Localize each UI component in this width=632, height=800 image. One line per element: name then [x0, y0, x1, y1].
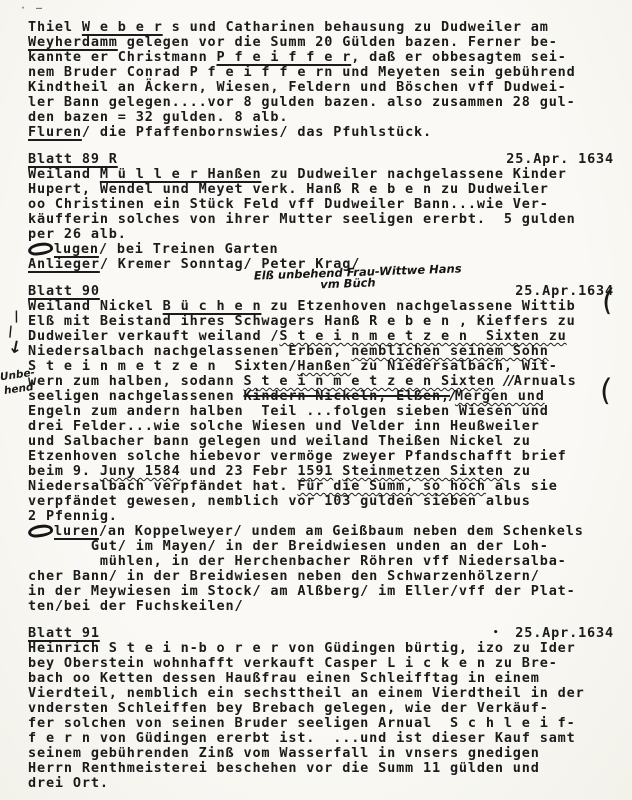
- typed-text: Arnuals: [514, 373, 577, 389]
- typed-text: wern zum halben, sodann: [28, 373, 243, 389]
- typed-text: und 23 Febr: [181, 463, 298, 479]
- text-line: luren/an Koppelweyer/ undem am Geißbaum …: [28, 524, 614, 539]
- text-line: Dudweiler verkauft weiland /S t e i n m …: [28, 329, 614, 344]
- entry-header: Blatt 90Elß unbehend Frau-Wittwe Hansvm …: [28, 284, 614, 299]
- text-line: Gut/ im Mayen/ in der Breidwiesen unden …: [28, 539, 614, 554]
- typed-text: Weiland: [28, 166, 100, 182]
- text-line: fer solchen von seinen Bruder seeligen A…: [28, 716, 614, 731]
- typed-text: zu: [504, 463, 531, 479]
- struck-text: Kindern Nickeln, Elßen,: [243, 388, 450, 404]
- text-line: per 26 alb.: [28, 227, 614, 242]
- scanned-page: · – Thiel W e b e r s und Catharinen beh…: [0, 0, 632, 800]
- text-line: seinem gebührenden Zinß vom Wasserfall i…: [28, 746, 614, 761]
- underlined-text: P f e i f f e r: [217, 49, 352, 65]
- typed-text: 2 Pfennig.: [28, 508, 118, 524]
- typed-text: den bazen = 32 gulden. 8 alb.: [28, 109, 288, 125]
- text-line: ler Bann gelegen....vor 8 gulden bazen. …: [28, 95, 614, 110]
- text-line: und Salbacher bann gelegen und weiland T…: [28, 434, 614, 449]
- pen-underlined-text: Steinmetzen Sixten: [342, 463, 504, 479]
- typed-text: gelegen vor die Summ 20 Gülden bazen. Fe…: [118, 34, 558, 50]
- typed-text: / bei Treinen Garten: [99, 241, 279, 257]
- typed-text: Thiel: [28, 19, 82, 35]
- entry-date: 25.Apr. 1634: [506, 151, 614, 167]
- text-line: kannte er Christmann P f e i f f e r, da…: [28, 50, 614, 65]
- typed-text: Weiland Nickel: [28, 298, 163, 314]
- typed-text: , daß er obbesagtem sei-: [351, 49, 566, 65]
- text-line: seeligen nachgelassenen Kindern Nickeln,…: [28, 389, 614, 404]
- pen-underlined-text: S t e i n m e t z e n Sixten: [243, 373, 494, 389]
- typed-text: käufferin solches von ihrer Mutter seeli…: [28, 211, 576, 227]
- text-line: Etzenhoven solche hiebevor vermöge zweye…: [28, 449, 614, 464]
- typed-text: seeligen nachgelassenen: [28, 388, 243, 404]
- handwritten-paren: (: [599, 376, 613, 407]
- entry-header: Blatt 91•25.Apr.1634: [28, 626, 614, 641]
- text-line: Heinrich S t e i n-b o r e r von Güdinge…: [28, 641, 614, 656]
- pen-underlined-text: nemblichen seinem Sohn: [351, 343, 549, 359]
- typed-text: / die Pfaffenbornswies/ das Pfuhlstück.: [82, 124, 432, 140]
- handwritten-scribble: [27, 242, 53, 257]
- underlined-text: M ü l l e r Hanßen: [100, 166, 262, 182]
- blatt-89r: Blatt 89 R25.Apr. 1634Weiland M ü l l e …: [28, 152, 614, 272]
- typed-text: beim 9.: [28, 463, 100, 479]
- text-line: verpfändet gewesen, nemblich vor 103 gul…: [28, 494, 614, 509]
- document-body: Thiel W e b e r s und Catharinen behausu…: [28, 20, 614, 791]
- typed-text: Hupert, Wendel und Meyet verk. Hanß R e …: [28, 181, 549, 197]
- text-line: drei Felder...wie solche Wiesen und Veld…: [28, 419, 614, 434]
- blatt-90: Blatt 90Elß unbehend Frau-Wittwe Hansvm …: [28, 284, 614, 614]
- typed-text: bach oo Ketten dessen Haußfrau einen Sch…: [28, 670, 540, 686]
- typed-text: zu Niedersalbach, Wit-: [351, 358, 558, 374]
- typed-text: und Salbacher bann gelegen und weiland T…: [28, 433, 531, 449]
- text-line: Kindtheil an Äckern, Wiesen, Feldern und…: [28, 80, 614, 95]
- typed-text: Etzenhoven solche hiebevor vermöge zweye…: [28, 448, 567, 464]
- typed-text: Kindtheil an Äckern, Wiesen, Feldern und…: [28, 79, 567, 95]
- text-line: Elß mit Beistand ihres Schwagers Hanß R …: [28, 314, 614, 329]
- typed-text: /an Koppelweyer/ undem am Geißbaum neben…: [99, 523, 584, 539]
- typed-text: Herrn Renthmeisterei beschehen vor die S…: [28, 760, 540, 776]
- corner-mark: · –: [20, 1, 44, 16]
- typed-text: S t e i n m e t z e n Sixten/: [28, 358, 297, 374]
- pen-underlined-text: Für die Summ, so hoch: [297, 478, 486, 494]
- text-line: wern zum halben, sodann S t e i n m e t …: [28, 374, 614, 389]
- text-line: drei Ort.: [28, 776, 614, 791]
- typed-text: zu Etzenhoven nachgelassene Wittib: [261, 298, 575, 314]
- typed-text: bey Oberstein wohnhafft verkauft Casper …: [28, 655, 558, 671]
- typed-text: [495, 373, 504, 389]
- typed-text: s und Catharinen behausung zu Dudweiler …: [163, 19, 549, 35]
- blatt-label: Blatt 89 R: [28, 152, 118, 167]
- typed-text: vndersten Schleiffen bey Brebach gelegen…: [28, 700, 549, 716]
- text-line: Engeln zum andern halben Teil ...folgen …: [28, 404, 614, 419]
- text-line: bach oo Ketten dessen Haußfrau einen Sch…: [28, 671, 614, 686]
- text-line: Vierdteil, nemblich ein sechsttheil an e…: [28, 686, 614, 701]
- typed-text: [333, 463, 342, 479]
- underlined-text: lugen: [54, 241, 99, 257]
- text-line: cher Bann/ in der Breidwiesen neben den …: [28, 569, 614, 584]
- entry-header: Blatt 89 R25.Apr. 1634: [28, 152, 614, 167]
- typed-text: nem Bruder Conrad P f e i f f e rn und M…: [28, 64, 576, 80]
- typed-text: kannte er Christmann: [28, 49, 217, 65]
- typed-text: Niedersalbach verpfändet hat.: [28, 478, 297, 494]
- pen-underlined-text: 1591: [297, 463, 333, 479]
- text-line: den bazen = 32 gulden. 8 alb.: [28, 110, 614, 125]
- text-line: S t e i n m e t z e n Sixten/Hanßen zu N…: [28, 359, 614, 374]
- pen-underlined-text: S t e i n m e t z e n Sixten zu: [279, 328, 566, 344]
- typed-text: cher Bann/ in der Breidwiesen neben den …: [28, 568, 540, 584]
- text-line: Herrn Renthmeisterei beschehen vor die S…: [28, 761, 614, 776]
- text-line: Hupert, Wendel und Meyet verk. Hanß R e …: [28, 182, 614, 197]
- text-line: Weiland M ü l l e r Hanßen zu Dudweiler …: [28, 167, 614, 182]
- typed-text: Engeln zum andern halben Teil ...folgen …: [28, 403, 549, 419]
- handwritten-arrow: ↓: [6, 339, 23, 359]
- underlined-text: Weyherdamm: [28, 34, 118, 50]
- text-line: Fluren/ die Pfaffenbornswies/ das Pfuhls…: [28, 125, 614, 140]
- typed-text: ler Bann gelegen....vor 8 gulden bazen. …: [28, 94, 576, 110]
- entry-thiel-weber: Thiel W e b e r s und Catharinen behausu…: [28, 20, 614, 140]
- underlined-text: B ü c h e n: [163, 298, 262, 314]
- pen-underlined-text: Hanßen: [297, 358, 351, 374]
- typed-text: drei Ort.: [28, 775, 109, 791]
- text-line: vndersten Schleiffen bey Brebach gelegen…: [28, 701, 614, 716]
- text-line: Weiland Nickel B ü c h e n zu Etzenhoven…: [28, 299, 614, 314]
- typed-text: zu Dudweiler nachgelassene Kinder: [261, 166, 566, 182]
- text-line: beim 9. Juny 1584 und 23 Febr 1591 Stein…: [28, 464, 614, 479]
- underlined-text: Fluren: [28, 124, 82, 140]
- handwritten-scribble: [27, 524, 53, 539]
- typed-text: Dudweiler verkauft weiland /: [28, 328, 279, 344]
- typed-text: fer solchen von seinen Bruder seeligen A…: [28, 715, 576, 731]
- typed-text: seinem gebührenden Zinß vom Wasserfall i…: [28, 745, 540, 761]
- typed-text: oo Christinen ein Stück Feld vff Dudweil…: [28, 196, 549, 212]
- entry-date: 25.Apr.1634: [515, 283, 614, 299]
- typed-text: Niedersalbach nachgelassenen Erben,: [28, 343, 351, 359]
- typed-text: als sie: [486, 478, 558, 494]
- blatt-label: Blatt 90: [28, 284, 100, 299]
- typed-text: f e r n von Güdingen ererbt ist. ...und …: [28, 730, 576, 746]
- text-line: bey Oberstein wohnhafft verkauft Casper …: [28, 656, 614, 671]
- typed-text: ten/bei der Fuchskeilen/: [28, 598, 243, 614]
- handwritten-margin-note: /: [12, 310, 21, 325]
- handwritten-slash: //: [504, 373, 514, 389]
- typed-text: Elß mit Beistand ihres Schwagers Hanß R …: [28, 313, 576, 329]
- ink-dot: •: [493, 628, 499, 638]
- typed-text: Vierdteil, nemblich ein sechsttheil an e…: [28, 685, 585, 701]
- typed-text: in der Meywiesen im Stock/ am Alßberg/ i…: [28, 583, 576, 599]
- text-line: in der Meywiesen im Stock/ am Alßberg/ i…: [28, 584, 614, 599]
- blatt-91: Blatt 91•25.Apr.1634Heinrich S t e i n-b…: [28, 626, 614, 791]
- text-line: Weyherdamm gelegen vor die Summ 20 Gülde…: [28, 35, 614, 50]
- entry-date: 25.Apr.1634: [515, 625, 614, 641]
- text-line: Niedersalbach verpfändet hat. Für die Su…: [28, 479, 614, 494]
- text-line: mühlen, in der Herchenbacher Röhren vff …: [28, 554, 614, 569]
- text-line: oo Christinen ein Stück Feld vff Dudweil…: [28, 197, 614, 212]
- pen-underlined-text: Juny 1584: [100, 463, 181, 479]
- blatt-label: Blatt 91: [28, 626, 100, 641]
- text-line: Niedersalbach nachgelassenen Erben, nemb…: [28, 344, 614, 359]
- text-line: lugen/ bei Treinen Garten: [28, 242, 614, 257]
- underlined-text: Anlieger: [28, 256, 100, 272]
- underlined-text: W e b e r: [82, 19, 163, 35]
- typed-text: verpfändet gewesen, nemblich vor 103 gul…: [28, 493, 531, 509]
- text-line: Thiel W e b e r s und Catharinen behausu…: [28, 20, 614, 35]
- typed-text: mühlen, in der Herchenbacher Röhren vff …: [28, 553, 567, 569]
- handwritten-annotation: Elß unbehend Frau-Wittwe Hansvm Büch: [254, 263, 462, 292]
- typed-text: Heinrich S t e i n-b o r e r von Güdinge…: [28, 640, 576, 656]
- pen-underlined-text: Mergen und: [455, 388, 545, 404]
- typed-text: per 26 alb.: [28, 226, 127, 242]
- text-line: f e r n von Güdingen ererbt ist. ...und …: [28, 731, 614, 746]
- text-line: nem Bruder Conrad P f e i f f e rn und M…: [28, 65, 614, 80]
- underlined-text: luren: [54, 523, 99, 539]
- text-line: 2 Pfennig.: [28, 509, 614, 524]
- typed-text: drei Felder...wie solche Wiesen und Veld…: [28, 418, 540, 434]
- typed-text: Gut/ im Mayen/ in der Breidwiesen unden …: [28, 538, 549, 554]
- text-line: ten/bei der Fuchskeilen/: [28, 599, 614, 614]
- text-line: käufferin solches von ihrer Mutter seeli…: [28, 212, 614, 227]
